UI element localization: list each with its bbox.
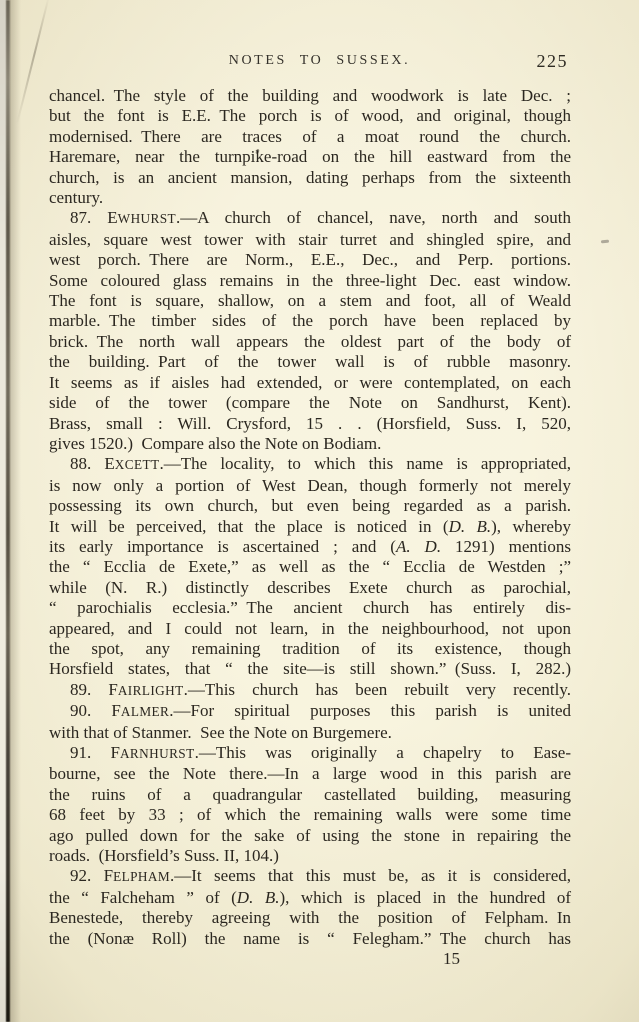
text-line: Some coloured glass remains in the three… bbox=[49, 271, 571, 291]
text-line: The font is square, shallow, on a stem a… bbox=[49, 291, 571, 311]
italic-citation: D. B. bbox=[449, 517, 492, 536]
text-line: Horsfield states, that “ the site—is sti… bbox=[49, 659, 571, 679]
text-line: brick. The north wall appears the oldest… bbox=[49, 332, 571, 352]
text-line: roads. (Horsfield’s Suss. II, 104.) bbox=[49, 846, 571, 866]
page-number: 225 bbox=[537, 51, 569, 72]
italic-citation: D. B. bbox=[237, 888, 280, 907]
place-name-smallcaps: FARNHURST bbox=[110, 743, 194, 762]
text-line: the “ Falcheham ” of (D. B.), which is p… bbox=[49, 888, 571, 908]
paragraph: 91. FARNHURST.—This was originally a cha… bbox=[49, 743, 571, 866]
text-line: Benestede, thereby agreeing with the pos… bbox=[49, 908, 571, 928]
text-line: the (Nonæ Roll) the name is “ Felegham.”… bbox=[49, 929, 571, 949]
text-line: the ruins of a quadrangular castellated … bbox=[49, 785, 571, 805]
paragraph: 88. EXCETT.—The locality, to which this … bbox=[49, 454, 571, 679]
place-name-smallcaps: FALMER bbox=[111, 701, 169, 720]
text-line: side of the tower (compare the Note on S… bbox=[49, 393, 571, 413]
place-name-smallcaps: FELPHAM bbox=[104, 866, 170, 885]
text-line: Brass, small : Will. Crysford, 15 . . (H… bbox=[49, 414, 571, 434]
text-line: 91. FARNHURST.—This was originally a cha… bbox=[49, 743, 571, 764]
page-scan: NOTES TO SUSSEX. 225 chancel. The style … bbox=[0, 0, 639, 1022]
text-line: the spot, any remaining tradition of its… bbox=[49, 639, 571, 659]
text-line: Haremare, near the turnpike-road on the … bbox=[49, 147, 571, 167]
text-line: west porch. There are Norm., E.E., Dec.,… bbox=[49, 250, 571, 270]
text-line: possessing its own church, but even bein… bbox=[49, 496, 571, 516]
text-line: chancel. The style of the building and w… bbox=[49, 86, 571, 106]
text-line: appeared, and I could not learn, in the … bbox=[49, 619, 571, 639]
scan-edge-shadow bbox=[10, 0, 21, 1022]
text-line: modernised. There are traces of a moat r… bbox=[49, 127, 571, 147]
text-line: ago pulled down for the sake of using th… bbox=[49, 826, 571, 846]
signature-mark: 15 bbox=[49, 949, 571, 969]
text-line: It seems as if aisles had extended, or w… bbox=[49, 373, 571, 393]
text-line: while (N. R.) distinctly describes Exete… bbox=[49, 578, 571, 598]
place-name-smallcaps: EXCETT bbox=[104, 454, 159, 473]
text-line: its early importance is ascertained ; an… bbox=[49, 537, 571, 557]
running-head: NOTES TO SUSSEX. 225 bbox=[0, 53, 639, 71]
text-line: gives 1520.) Compare also the Note on Bo… bbox=[49, 434, 571, 454]
italic-citation: A. D. bbox=[396, 537, 441, 556]
text-line: 68 feet by 33 ; of which the remaining w… bbox=[49, 805, 571, 825]
text-line: “ parochialis ecclesia.” The ancient chu… bbox=[49, 598, 571, 618]
text-line: 89. FAIRLIGHT.—This church has been rebu… bbox=[49, 680, 571, 701]
text-line: marble. The timber sides of the porch ha… bbox=[49, 311, 571, 331]
text-line: the building. Part of the tower wall is … bbox=[49, 352, 571, 372]
text-block: chancel. The style of the building and w… bbox=[49, 86, 571, 969]
text-line: 92. FELPHAM.—It seems that this must be,… bbox=[49, 866, 571, 887]
text-line: 87. EWHURST.—A church of chancel, nave, … bbox=[49, 208, 571, 229]
text-line: but the font is E.E. The porch is of woo… bbox=[49, 106, 571, 126]
text-line: 90. FALMER.—For spiritual purposes this … bbox=[49, 701, 571, 722]
paragraph: 87. EWHURST.—A church of chancel, nave, … bbox=[49, 208, 571, 454]
text-line: is now only a portion of West Dean, thou… bbox=[49, 476, 571, 496]
text-line: church, is an ancient mansion, dating pe… bbox=[49, 168, 571, 188]
text-line: aisles, square west tower with stair tur… bbox=[49, 230, 571, 250]
text-line: century. bbox=[49, 188, 571, 208]
text-line: the “ Ecclia de Exete,” as well as the “… bbox=[49, 557, 571, 577]
scan-speck bbox=[601, 240, 609, 244]
place-name-smallcaps: EWHURST bbox=[107, 208, 176, 227]
place-name-smallcaps: FAIRLIGHT bbox=[108, 680, 183, 699]
paragraph: 89. FAIRLIGHT.—This church has been rebu… bbox=[49, 680, 571, 701]
paragraph: 90. FALMER.—For spiritual purposes this … bbox=[49, 701, 571, 743]
text-line: with that of Stanmer. See the Note on Bu… bbox=[49, 723, 571, 743]
text-line: bourne, see the Note there.—In a large w… bbox=[49, 764, 571, 784]
text-line: 88. EXCETT.—The locality, to which this … bbox=[49, 454, 571, 475]
text-line: It will be perceived, that the place is … bbox=[49, 517, 571, 537]
paragraph: 92. FELPHAM.—It seems that this must be,… bbox=[49, 866, 571, 949]
paragraph: chancel. The style of the building and w… bbox=[49, 86, 571, 208]
